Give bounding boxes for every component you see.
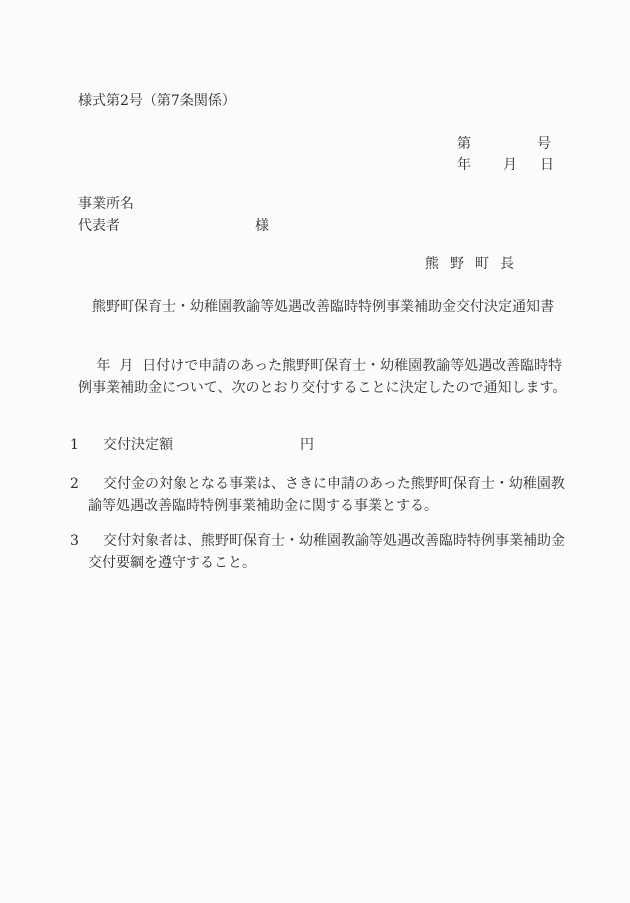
item-2-number: 2 [70,473,103,495]
doc-number-prefix: 第 [457,136,471,152]
date-month-blank [517,168,540,169]
doc-number-suffix: 号 [537,136,551,152]
date-year-blank [471,168,503,169]
date-day-label: 日 [540,157,554,173]
item-1-number: 1 [70,434,103,456]
date-year-label: 年 [457,157,471,173]
body-paragraph-line1: 年 月 日付けで申請のあった熊野町保育士・幼稚園教諭等処遇改善臨時特 [78,355,562,377]
doc-number-line: 第号 [457,133,551,155]
mayor-signature: 熊 野 町 長 [425,253,513,275]
form-number: 様式第2号（第7条関係） [78,90,236,112]
doc-number-blank [471,147,537,148]
item-1-unit: 円 [300,437,314,453]
office-name-label: 事業所名 [78,193,134,215]
item-1-label: 交付決定額 [103,437,173,453]
item-2-row-line2: 諭等処遇改善臨時特例事業補助金に関する事業とする。 [88,495,438,517]
item-2-text-line1: 交付金の対象となる事業は、さきに申請のあった熊野町保育士・幼稚園教 [103,476,565,492]
honorific-label: 様 [255,218,269,234]
document-title: 熊野町保育士・幼稚園教諭等処遇改善臨時特例事業補助金交付決定通知書 [92,296,554,318]
item-3-number: 3 [70,530,103,552]
item-3-text-line1: 交付対象者は、熊野町保育士・幼稚園教諭等処遇改善臨時特例事業補助金 [103,533,565,549]
date-month-label: 月 [503,157,517,173]
representative-line: 代表者様 [78,215,269,237]
item-2-row-line1: 2交付金の対象となる事業は、さきに申請のあった熊野町保育士・幼稚園教 [70,473,565,495]
item-3-row-line2: 交付要綱を遵守すること。 [88,552,256,574]
item-3-row-line1: 3交付対象者は、熊野町保育士・幼稚園教諭等処遇改善臨時特例事業補助金 [70,530,565,552]
representative-name-blank [120,229,255,230]
representative-label: 代表者 [78,218,120,234]
document-page: 様式第2号（第7条関係） 第号 年月日 事業所名 代表者様 熊 野 町 長 熊野… [0,0,630,903]
item-1-row: 1交付決定額円 [70,434,314,456]
doc-date-line: 年月日 [457,154,554,176]
body-paragraph-line2: 例事業補助金について、次のとおり交付することに決定したので通知します。 [78,377,566,399]
item-1-amount-blank [173,448,300,449]
